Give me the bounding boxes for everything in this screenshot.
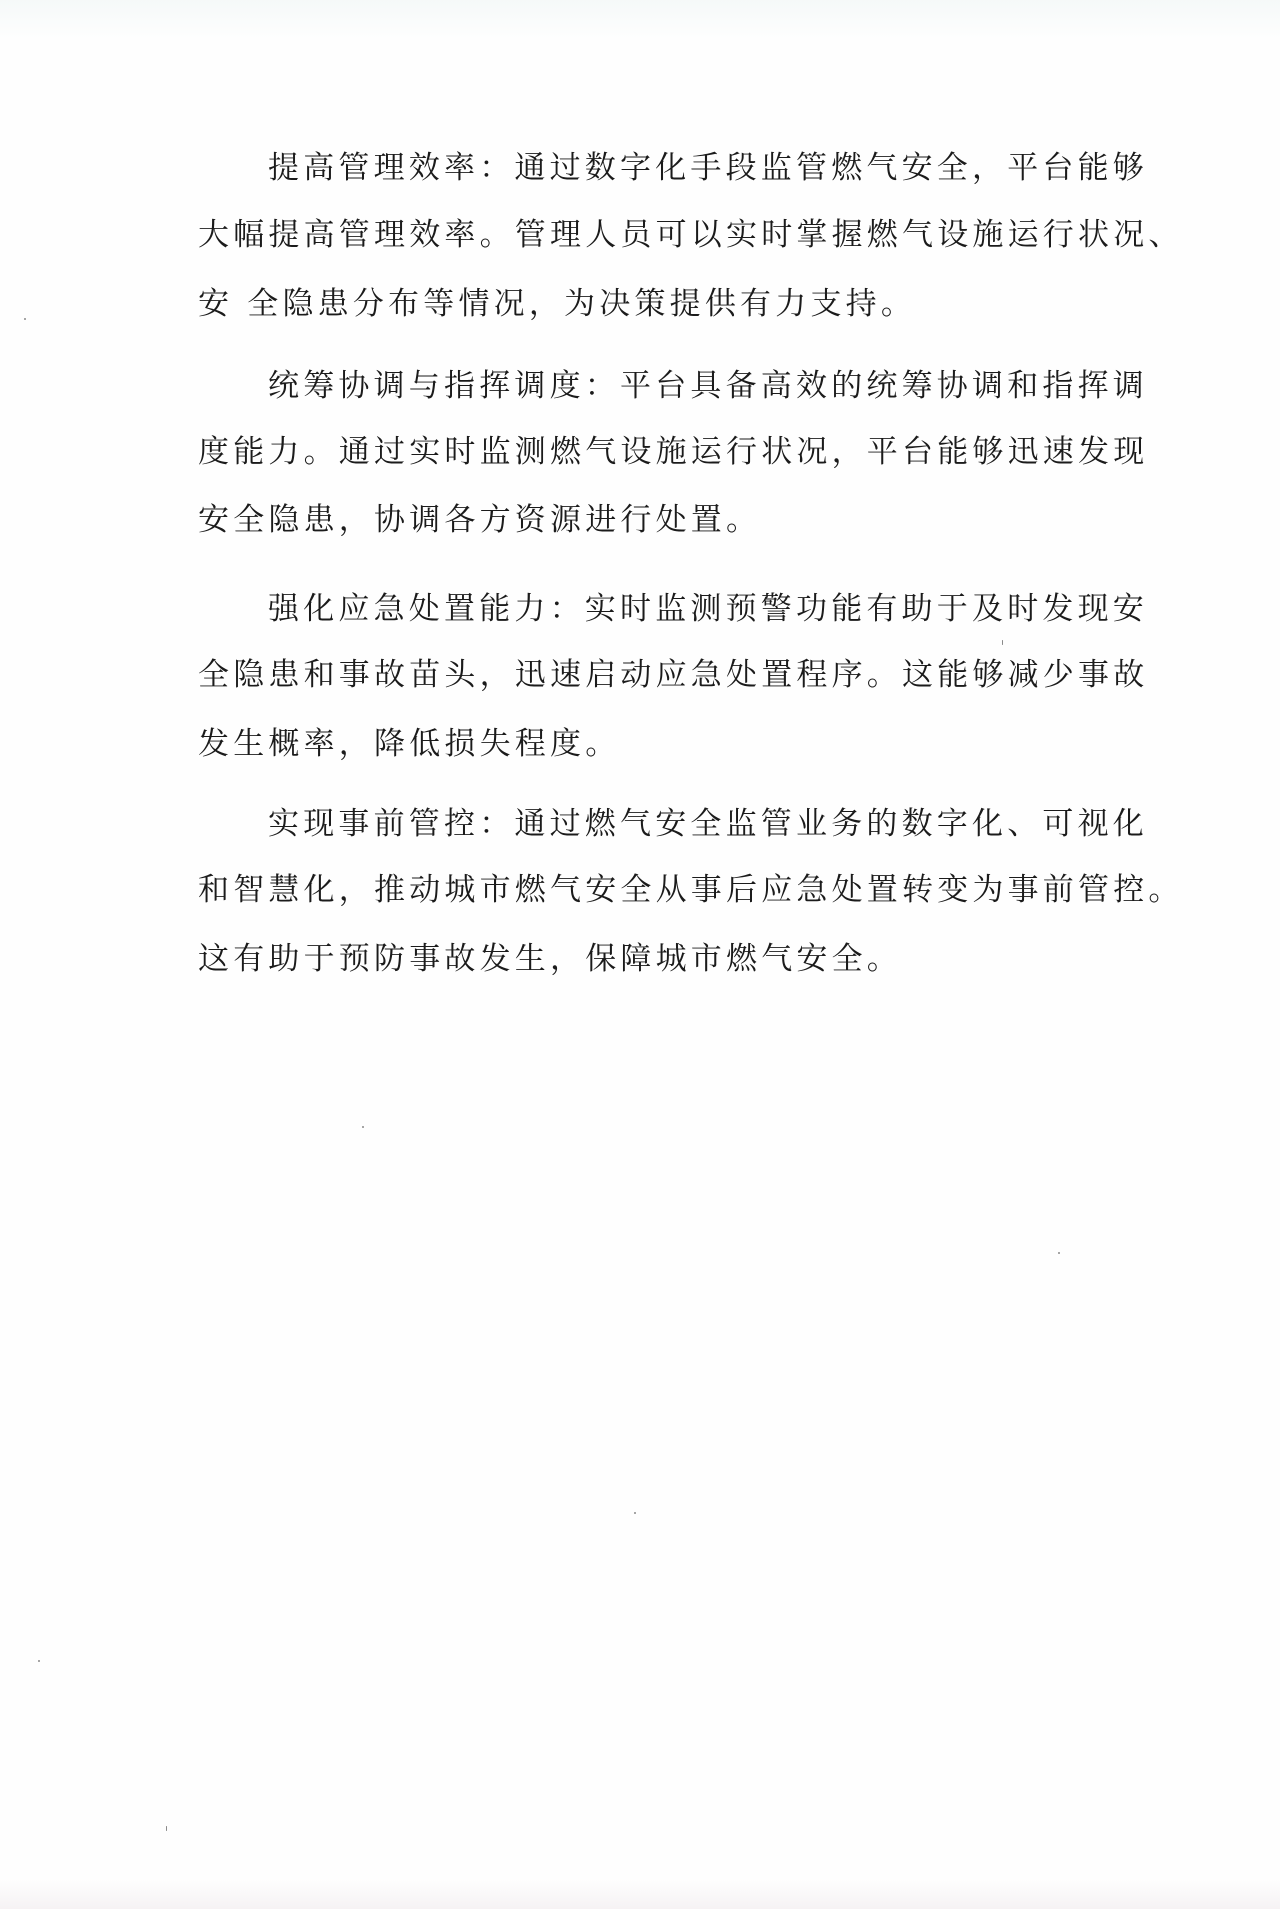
paragraph-line: 发生概率，降低损失程度。 bbox=[198, 722, 620, 766]
paragraph-line: 和智慧化，推动城市燃气安全从事后应急处置转变为事前管控。 bbox=[198, 868, 1184, 912]
paragraph-line: 大幅提高管理效率。管理人员可以实时掌握燃气设施运行状况、 bbox=[198, 213, 1184, 257]
paragraph-line: 强化应急处置能力：实时监测预警功能有助于及时发现安 bbox=[268, 587, 1148, 631]
scan-speck bbox=[1002, 640, 1003, 645]
scan-speck bbox=[362, 1126, 364, 1128]
scanned-document-page: 提高管理效率：通过数字化手段监管燃气安全，平台能够 大幅提高管理效率。管理人员可… bbox=[0, 0, 1280, 1909]
scan-speck bbox=[38, 1660, 40, 1662]
paragraph-line: 全隐患和事故苗头，迅速启动应急处置程序。这能够减少事故 bbox=[198, 653, 1148, 697]
paragraph-line: 提高管理效率：通过数字化手段监管燃气安全，平台能够 bbox=[268, 146, 1148, 190]
paragraph-line: 度能力。通过实时监测燃气设施运行状况，平台能够迅速发现 bbox=[198, 430, 1148, 474]
scan-speck bbox=[1058, 1252, 1060, 1254]
scan-edge-top bbox=[0, 0, 1280, 40]
scan-speck bbox=[634, 1512, 636, 1514]
paragraph-line: 实现事前管控：通过燃气安全监管业务的数字化、可视化 bbox=[268, 802, 1148, 846]
paragraph-line: 统筹协调与指挥调度：平台具备高效的统筹协调和指挥调 bbox=[268, 364, 1148, 408]
paragraph-line: 这有助于预防事故发生，保障城市燃气安全。 bbox=[198, 937, 902, 981]
scan-speck bbox=[24, 318, 26, 320]
scan-edge-bottom bbox=[0, 1879, 1280, 1909]
paragraph-line: 安全隐患，协调各方资源进行处置。 bbox=[198, 498, 761, 542]
scan-speck bbox=[166, 1826, 167, 1831]
paragraph-line: 安 全隐患分布等情况，为决策提供有力支持。 bbox=[198, 282, 916, 326]
